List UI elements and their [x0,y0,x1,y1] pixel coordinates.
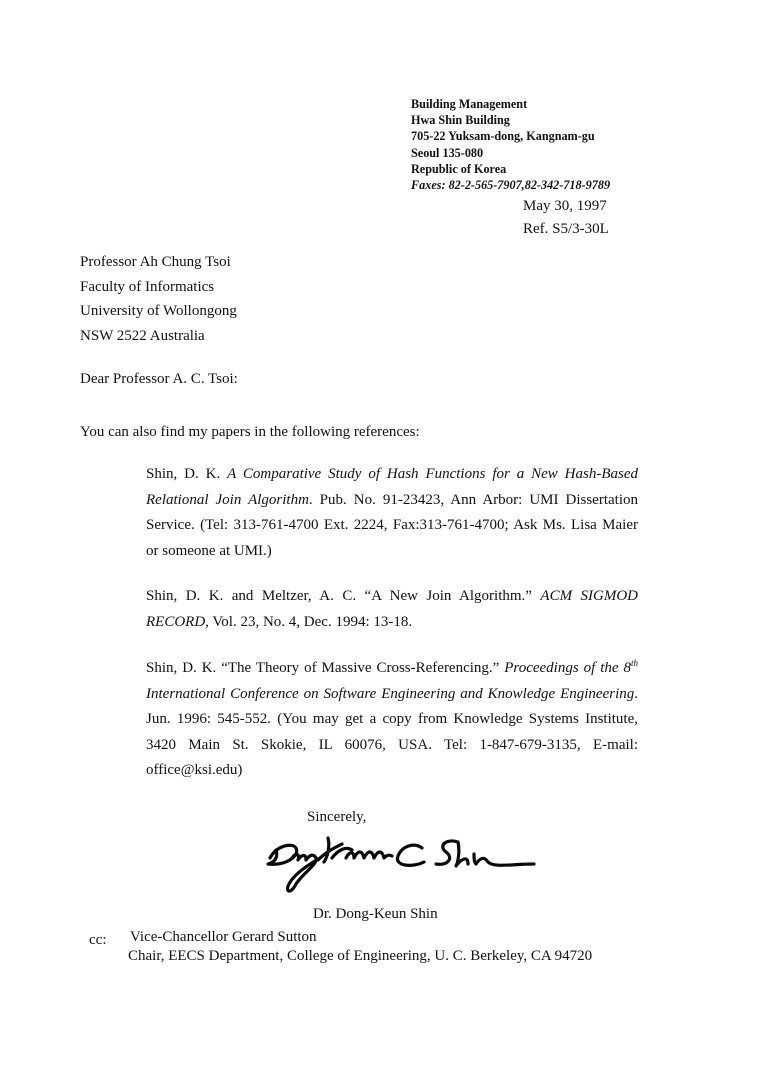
signer-name: Dr. Dong-Keun Shin [313,906,438,923]
reference-details: , Vol. 23, No. 4, Dec. 1994: 13-18. [205,614,412,630]
letterhead-line: Seoul 135-080 [411,145,610,161]
recipient-address: Professor Ah Chung Tsoi Faculty of Infor… [80,250,237,349]
reference-venue-post: International Conference on Software Eng… [146,686,634,702]
reference-venue-pre: Proceedings of the [504,660,623,676]
recipient-line: NSW 2522 Australia [80,324,237,349]
letter-date: May 30, 1997 [523,198,607,215]
letterhead-faxes: Faxes: 82-2-565-7907,82-342-718-9789 [411,177,610,193]
letter-reference: Ref. S5/3-30L [523,221,609,238]
cc-label: cc: [89,932,106,949]
reference-ordinal-suffix: th [631,658,638,668]
signature-icon [262,828,537,898]
reference-item: Shin, D. K. “The Theory of Massive Cross… [146,656,638,784]
recipient-line: Professor Ah Chung Tsoi [80,250,237,275]
letterhead-line: 705-22 Yuksam-dong, Kangnam-gu [411,128,610,144]
reference-authors: Shin, D. K. and Meltzer, A. C. [146,588,365,604]
letterhead: Building Management Hwa Shin Building 70… [411,96,610,193]
recipient-line: University of Wollongong [80,299,237,324]
recipient-line: Faculty of Informatics [80,275,237,300]
cc-recipient: Vice-Chancellor Gerard Sutton [130,929,317,946]
letterhead-line: Hwa Shin Building [411,112,610,128]
letterhead-line: Republic of Korea [411,161,610,177]
intro-paragraph: You can also find my papers in the follo… [80,424,420,441]
salutation: Dear Professor A. C. Tsoi: [80,371,238,388]
reference-authors: Shin, D. K. [146,660,221,676]
reference-ordinal: 8 [623,660,631,676]
cc-recipient: Chair, EECS Department, College of Engin… [128,948,592,965]
reference-article: “The Theory of Massive Cross-Referencing… [221,660,504,676]
closing: Sincerely, [307,809,366,826]
reference-article: “A New Join Algorithm.” [365,588,541,604]
letterhead-line: Building Management [411,96,610,112]
reference-item: Shin, D. K. A Comparative Study of Hash … [146,462,638,564]
reference-authors: Shin, D. K. [146,466,227,482]
reference-item: Shin, D. K. and Meltzer, A. C. “A New Jo… [146,584,638,635]
